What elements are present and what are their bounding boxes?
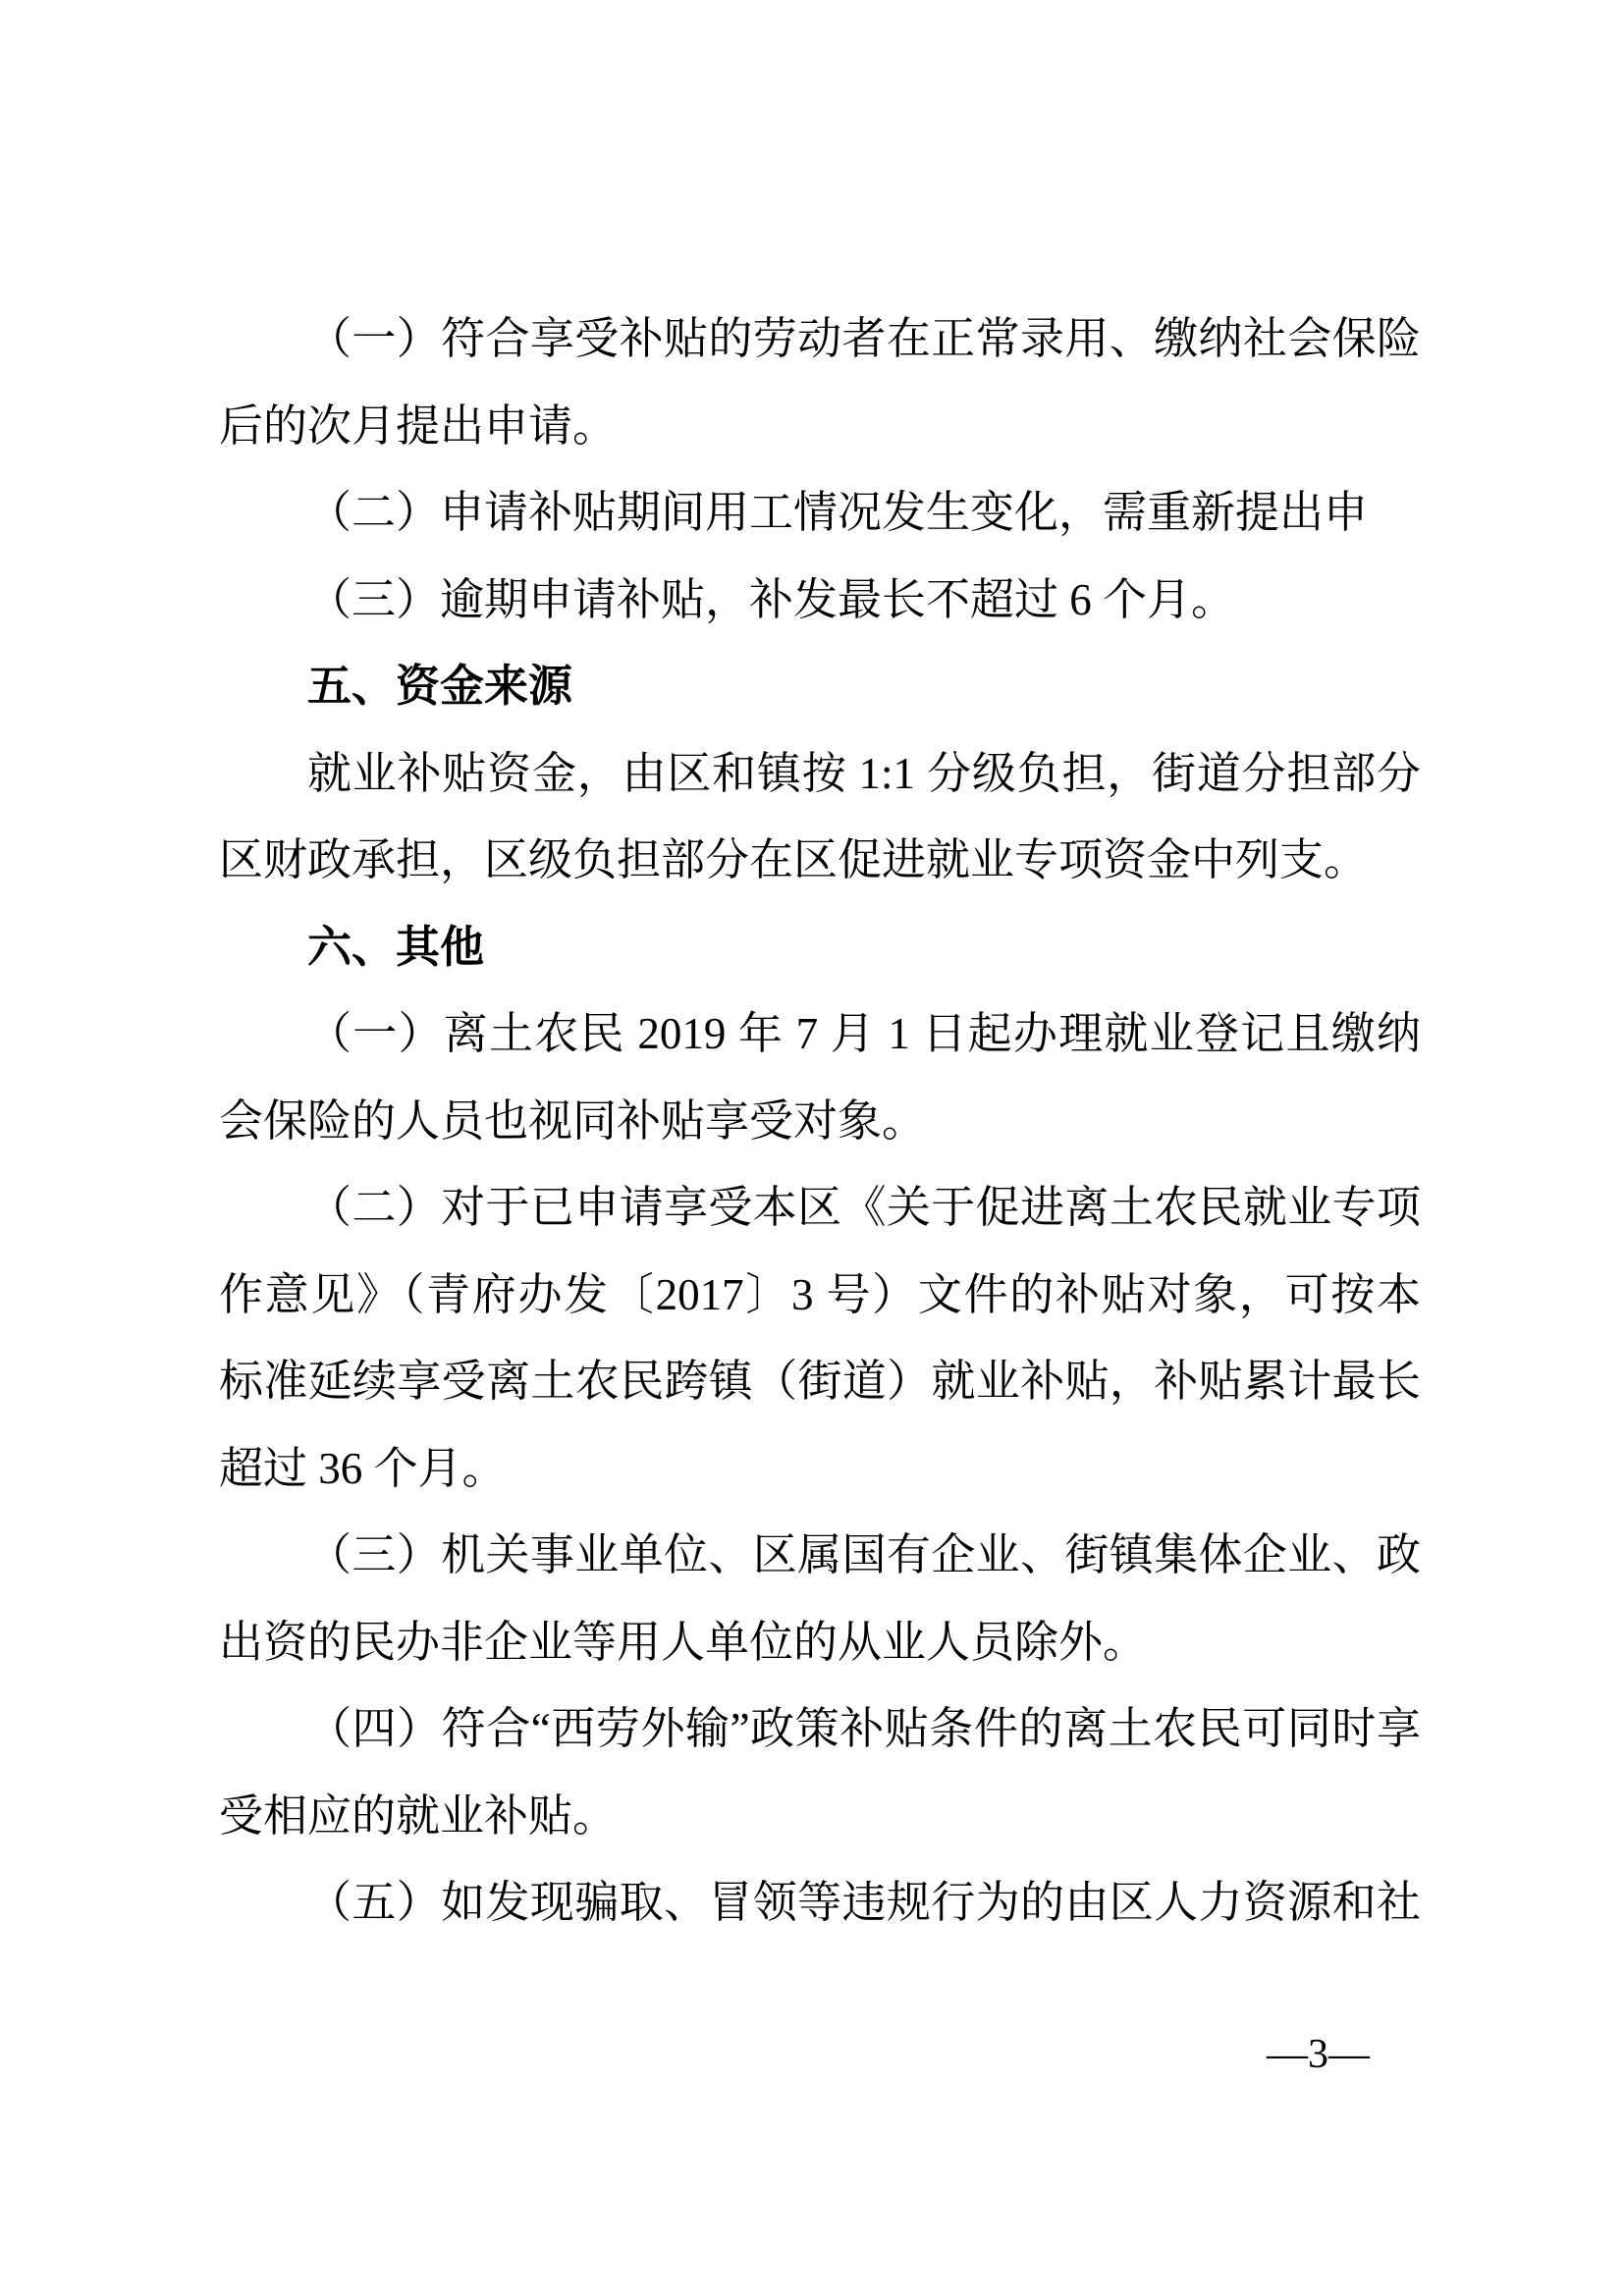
section-heading: 五、资金来源 bbox=[219, 643, 1421, 730]
text-line: 区财政承担，区级负担部分在区促进就业专项资金中列支。 bbox=[219, 817, 1421, 904]
text-line: （二）对于已申请享受本区《关于促进离土农民就业专项工 bbox=[219, 1164, 1421, 1252]
text-line: （二）申请补贴期间用工情况发生变化，需重新提出申请。 bbox=[219, 469, 1421, 557]
section-heading: 六、其他 bbox=[219, 904, 1421, 991]
text-line: 超过 36 个月。 bbox=[219, 1425, 1421, 1513]
text-line: 作意见》（青府办发〔2017〕3 号）文件的补贴对象，可按本补贴 bbox=[219, 1252, 1421, 1339]
text-line: 受相应的就业补贴。 bbox=[219, 1773, 1421, 1860]
page-number: —3— bbox=[1267, 2025, 1370, 2084]
text-line: （四）符合“西劳外输”政策补贴条件的离土农民可同时享 bbox=[219, 1685, 1421, 1773]
text-line: 标准延续享受离土农民跨镇（街道）就业补贴，补贴累计最长不 bbox=[219, 1338, 1421, 1425]
text-line: （三）逾期申请补贴，补发最长不超过 6 个月。 bbox=[219, 557, 1421, 644]
text-line: （三）机关事业单位、区属国有企业、街镇集体企业、政府 bbox=[219, 1512, 1421, 1599]
text-line: （一）离土农民 2019 年 7 月 1 日起办理就业登记且缴纳社 bbox=[219, 990, 1421, 1078]
text-line: （一）符合享受补贴的劳动者在正常录用、缴纳社会保险费 bbox=[219, 295, 1421, 383]
document-page: { "page": { "background": "#ffffff", "te… bbox=[0, 0, 1624, 2296]
text-line: 出资的民办非企业等用人单位的从业人员除外。 bbox=[219, 1599, 1421, 1686]
text-line: 就业补贴资金，由区和镇按 1:1 分级负担，街道分担部分由 bbox=[219, 730, 1421, 818]
text-line: 后的次月提出申请。 bbox=[219, 383, 1421, 470]
text-line: （五）如发现骗取、冒领等违规行为的由区人力资源和社会 bbox=[219, 1859, 1421, 1947]
text-line: 会保险的人员也视同补贴享受对象。 bbox=[219, 1078, 1421, 1165]
document-body: （一）符合享受补贴的劳动者在正常录用、缴纳社会保险费后的次月提出申请。（二）申请… bbox=[219, 295, 1421, 1947]
